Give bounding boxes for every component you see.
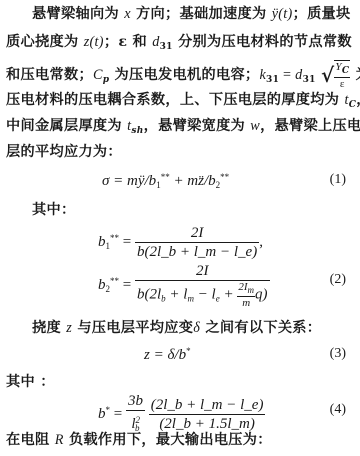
text: ；ε 和 [104,34,147,50]
eq-text: + mz̈/b [170,173,216,189]
equation-number: (3) [330,346,346,362]
eq-text: b(2l [137,286,161,302]
superscript: ** [110,233,119,243]
text: 之间有以下关系： [205,320,321,336]
paper-page: 悬臂梁轴向为 x 方向；基础加速度为 ÿ(t)；质量块 质心挠度为 z(t)；ε… [0,0,360,456]
text: 为 [356,67,360,83]
subscript: 31 [303,75,316,85]
subscript: sh [131,126,143,136]
subscript: 31 [266,75,279,85]
text-line-7: 挠度 z 与压电层平均应变δ 之间有以下关系： [32,318,321,338]
var-R: R [55,432,64,448]
text-line-1: 悬臂梁轴向为 x 方向；基础加速度为 ÿ(t)；质量块 [32,4,351,24]
eq-text: − l [194,286,216,302]
text: 挠度 [32,320,61,336]
equation-1: σ = mÿ/b1** + mz̈/b2** [102,172,229,190]
text: 压电材料的压电耦合系数，上、下压电层的厚度均为 [6,92,339,108]
eq-text: + [220,286,238,302]
eq-text: q) [255,286,268,302]
text: 分别为压电材料的节点常数 [178,34,352,50]
numerator: 3b [126,392,145,411]
denominator: m [237,297,255,309]
equation-3: z = δ/b* [144,346,191,364]
comma: , [259,234,263,250]
fraction: 2Ib(2l_b + l_m − l_e) [135,224,259,261]
eq-text: σ = mÿ/b [102,173,156,189]
equals: = [279,67,295,83]
text: ，悬臂梁上压电 [260,118,360,134]
var-x: x [124,6,131,22]
superscript: * [186,346,191,356]
sqrt-expression: √YCε [321,60,350,90]
var-d31: d [152,34,159,50]
equals: = [110,406,126,422]
equation-number: (2) [330,272,346,288]
eq-text: + l [166,286,188,302]
text-line-3: 和压电常数；Cp 为压电发电机的电容；k31 = d31 √YCε 为 [6,60,360,90]
text: 层的平均应力为： [6,144,122,160]
numerator: 2I [135,224,259,243]
text-line-2: 质心挠度为 z(t)；ε 和 d31 分别为压电材料的节点常数 [6,32,352,57]
superscript: ** [220,172,229,182]
numerator: (2l_b + l_m − l_e) [149,396,266,415]
where-label: 其中： [32,200,75,220]
text: ， [356,92,360,108]
eq-text: b [98,277,106,293]
text: 在电阻 [6,432,49,448]
where-label-2: 其中 ： [6,372,55,392]
equation-2a: b1** = 2Ib(2l_b + l_m − l_e), [98,224,263,261]
eq-text: z = δ/b [144,347,186,363]
text: 中间金属层厚度为 [6,118,122,134]
fraction: (2l_b + l_m − l_e)(2l_b + 1.5l_m) [149,396,266,433]
radical-sign: √ [321,63,334,87]
text: 与压电层平均应变 [77,320,193,336]
text: 负载作用下，最大输出电压为： [69,432,272,448]
numerator: 2I [238,281,247,293]
subscript: m [248,285,255,295]
var-y-ddot: ÿ(t) [272,6,293,22]
subscript: C [342,66,349,76]
fraction: 2I b(2lb + lm − le + 2Immq) [135,262,270,309]
var-z: z(t) [84,34,104,50]
var-delta: δ [193,320,200,336]
subscript: 31 [160,42,173,52]
text: 悬臂梁轴向为 [32,6,119,22]
subscript: p [103,75,110,85]
var-w: w [250,118,260,134]
text: ，悬臂梁宽度为 [144,118,245,134]
equation-2b: b2** = 2I b(2lb + lm − le + 2Immq) [98,262,270,309]
var-z: z [66,320,72,336]
superscript: ** [110,276,119,286]
text-line-4: 压电材料的压电耦合系数，上、下压电层的厚度均为 tC， [6,90,360,115]
text: 为压电发电机的电容； [115,67,260,83]
var-epsilon: ε [334,78,350,90]
numerator: 2I [135,262,270,281]
equation-number: (1) [330,172,346,188]
text-line-5: 中间金属层厚度为 tsh，悬臂梁宽度为 w，悬臂梁上压电 [6,116,360,141]
var-Cp: C [93,67,103,83]
eq-text: b [98,406,106,422]
var-d31: d [295,67,302,83]
text: 和压电常数； [6,67,93,83]
text-line-8: 在电阻 R 负载作用下，最大输出电压为： [6,430,272,450]
superscript: ** [161,172,170,182]
equation-number: (4) [330,402,346,418]
denominator: b(2lb + lm − le + 2Immq) [135,281,270,309]
inner-fraction: 2Imm [237,281,255,309]
text: 方向；基础加速度为 [136,6,266,22]
denominator: b(2l_b + l_m − l_e) [135,243,259,261]
text: 质心挠度为 [6,34,78,50]
eq-text: b [98,234,106,250]
equals: = [119,234,135,250]
text-line-6: 层的平均应力为： [6,142,122,162]
equals: = [119,277,135,293]
text: ；质量块 [293,6,351,22]
